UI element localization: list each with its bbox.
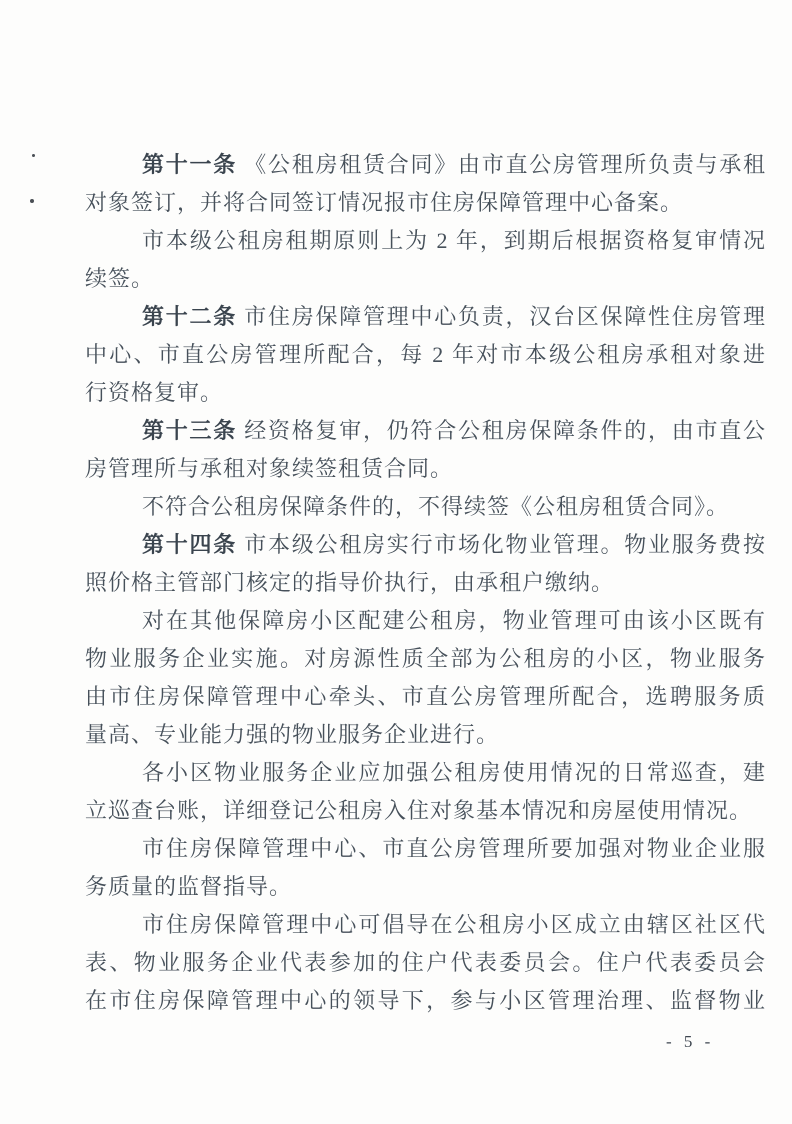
article-number: 第十一条 bbox=[142, 152, 237, 177]
page-number: - 5 - bbox=[666, 1032, 714, 1052]
paragraph: 第十二条 市住房保障管理中心负责，汉台区保障性住房管理中心、市直公房管理所配合，… bbox=[85, 298, 766, 412]
text-line: 对象签订，并将合同签订情况报市住房保障管理中心备案。 bbox=[85, 184, 766, 222]
text-line: 市住房保障管理中心、市直公房管理所要加强对物业企业服 bbox=[85, 830, 766, 868]
text-line: 表、物业服务企业代表参加的住户代表委员会。住户代表委员会 bbox=[85, 944, 766, 982]
text-line: 中心、市直公房管理所配合，每 2 年对市本级公租房承租对象进 bbox=[85, 336, 766, 374]
text-line: 不符合公租房保障条件的，不得续签《公租房租赁合同》。 bbox=[85, 488, 766, 526]
paragraph: 第十一条 《公租房租赁合同》由市直公房管理所负责与承租对象签订，并将合同签订情况… bbox=[85, 146, 766, 222]
text-line: 立巡查台账，详细登记公租房入住对象基本情况和房屋使用情况。 bbox=[85, 792, 766, 830]
paragraph: 市住房保障管理中心可倡导在公租房小区成立由辖区社区代表、物业服务企业代表参加的住… bbox=[85, 906, 766, 1020]
paragraph: 市本级公租房租期原则上为 2 年，到期后根据资格复审情况续签。 bbox=[85, 222, 766, 298]
article-number: 第十三条 bbox=[142, 418, 237, 443]
text-line: 物业服务企业实施。对房源性质全部为公租房的小区，物业服务 bbox=[85, 640, 766, 678]
text-line: 续签。 bbox=[85, 260, 766, 298]
text-line: 行资格复审。 bbox=[85, 374, 766, 412]
text-line: 第十二条 市住房保障管理中心负责，汉台区保障性住房管理 bbox=[85, 298, 766, 336]
document-body: 第十一条 《公租房租赁合同》由市直公房管理所负责与承租对象签订，并将合同签订情况… bbox=[85, 146, 766, 1020]
ink-dot-artifact bbox=[30, 199, 34, 203]
paragraph: 不符合公租房保障条件的，不得续签《公租房租赁合同》。 bbox=[85, 488, 766, 526]
ink-dot-artifact bbox=[32, 154, 35, 157]
paragraph: 第十三条 经资格复审，仍符合公租房保障条件的，由市直公房管理所与承租对象续签租赁… bbox=[85, 412, 766, 488]
text-line: 对在其他保障房小区配建公租房，物业管理可由该小区既有 bbox=[85, 602, 766, 640]
text-line: 由市住房保障管理中心牵头、市直公房管理所配合，选聘服务质 bbox=[85, 678, 766, 716]
paragraph: 对在其他保障房小区配建公租房，物业管理可由该小区既有物业服务企业实施。对房源性质… bbox=[85, 602, 766, 754]
article-number: 第十四条 bbox=[142, 532, 237, 557]
text-line: 量高、专业能力强的物业服务企业进行。 bbox=[85, 716, 766, 754]
paragraph: 市住房保障管理中心、市直公房管理所要加强对物业企业服务质量的监督指导。 bbox=[85, 830, 766, 906]
paragraph: 各小区物业服务企业应加强公租房使用情况的日常巡查，建立巡查台账，详细登记公租房入… bbox=[85, 754, 766, 830]
paragraph: 第十四条 市本级公租房实行市场化物业管理。物业服务费按照价格主管部门核定的指导价… bbox=[85, 526, 766, 602]
text-line: 市本级公租房租期原则上为 2 年，到期后根据资格复审情况 bbox=[85, 222, 766, 260]
text-line: 第十四条 市本级公租房实行市场化物业管理。物业服务费按 bbox=[85, 526, 766, 564]
text-line: 照价格主管部门核定的指导价执行，由承租户缴纳。 bbox=[85, 564, 766, 602]
text-line: 务质量的监督指导。 bbox=[85, 868, 766, 906]
text-line: 房管理所与承租对象续签租赁合同。 bbox=[85, 450, 766, 488]
text-line: 市住房保障管理中心可倡导在公租房小区成立由辖区社区代 bbox=[85, 906, 766, 944]
document-page: 第十一条 《公租房租赁合同》由市直公房管理所负责与承租对象签订，并将合同签订情况… bbox=[0, 0, 792, 1124]
text-line: 各小区物业服务企业应加强公租房使用情况的日常巡查，建 bbox=[85, 754, 766, 792]
text-line: 在市住房保障管理中心的领导下，参与小区管理治理、监督物业 bbox=[85, 982, 766, 1020]
text-line: 第十一条 《公租房租赁合同》由市直公房管理所负责与承租 bbox=[85, 146, 766, 184]
article-number: 第十二条 bbox=[142, 304, 237, 329]
text-line: 第十三条 经资格复审，仍符合公租房保障条件的，由市直公 bbox=[85, 412, 766, 450]
